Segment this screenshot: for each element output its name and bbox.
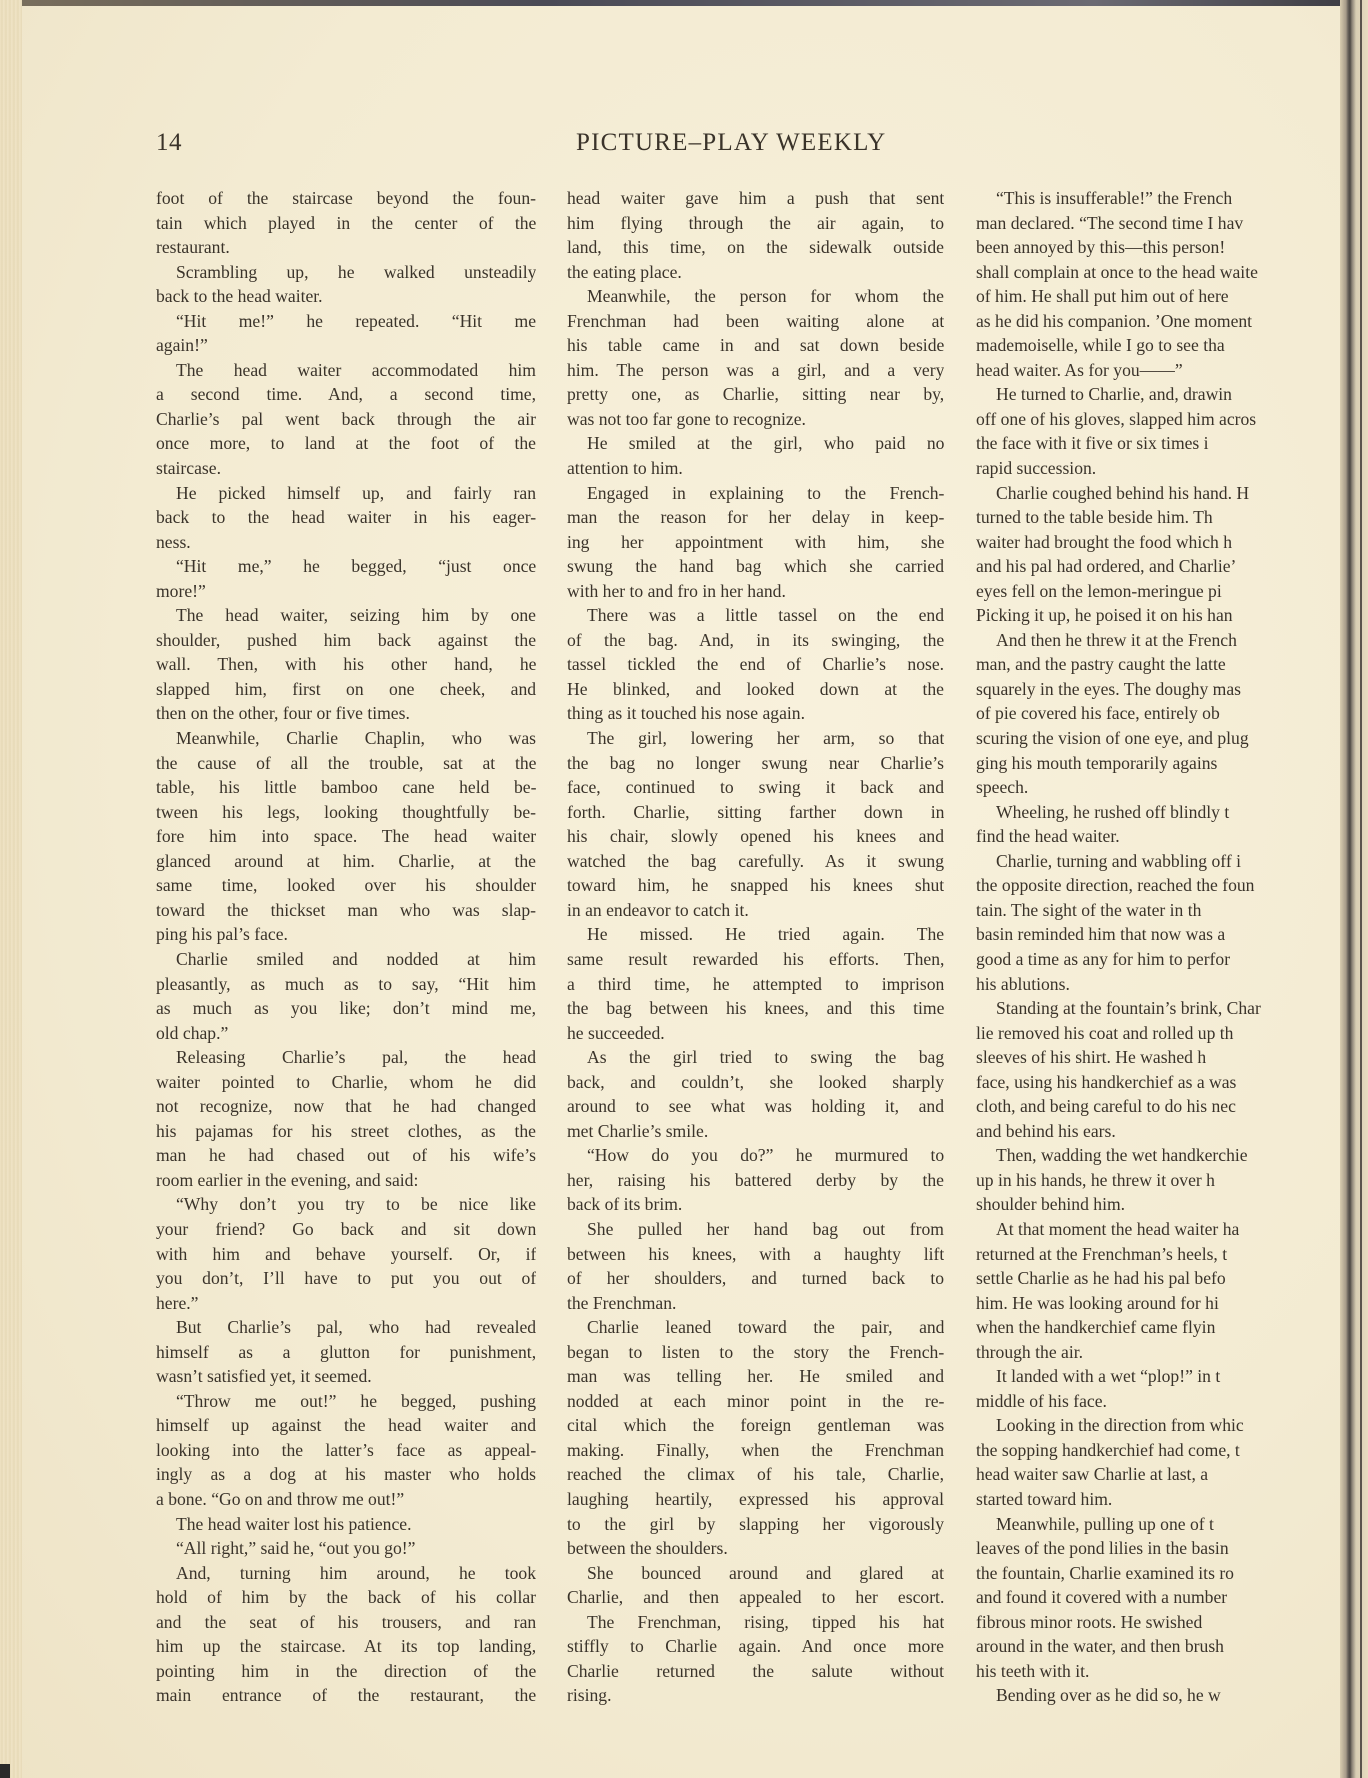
text-line: and the seat of his trousers, and ran xyxy=(156,1610,536,1635)
text-line: squarely in the eyes. The doughy mas xyxy=(976,677,1342,702)
text-line: Scrambling up, he walked unsteadily xyxy=(156,260,536,285)
text-line: Charlie, and then appealed to her escort… xyxy=(567,1585,944,1610)
text-line: was not too far gone to recognize. xyxy=(567,407,944,432)
text-line: room earlier in the evening, and said: xyxy=(156,1168,536,1193)
text-line: been annoyed by this—this person! xyxy=(976,235,1342,260)
text-line: Charlie returned the salute without xyxy=(567,1659,944,1684)
text-line: the cause of all the trouble, sat at the xyxy=(156,751,536,776)
text-line: mademoiselle, while I go to see tha xyxy=(976,333,1342,358)
text-line: Looking in the direction from whic xyxy=(976,1413,1342,1438)
text-line: Frenchman had been waiting alone at xyxy=(567,309,944,334)
text-line: then on the other, four or five times. xyxy=(156,701,536,726)
text-line: here.” xyxy=(156,1291,536,1316)
text-line: more!” xyxy=(156,579,536,604)
text-line: good a time as any for him to perfor xyxy=(976,947,1342,972)
text-line: the sopping handkerchief had come, t xyxy=(976,1438,1342,1463)
magazine-page: 14 PICTURE–PLAY WEEKLY foot of the stair… xyxy=(0,0,1368,1778)
text-line: Meanwhile, the person for whom the xyxy=(567,284,944,309)
text-line: head waiter. As for you——” xyxy=(976,358,1342,383)
text-line: a third time, he attempted to imprison xyxy=(567,972,944,997)
text-line: slapped him, first on one cheek, and xyxy=(156,677,536,702)
text-line: he succeeded. xyxy=(567,1021,944,1046)
text-line: you don’t, I’ll have to put you out of xyxy=(156,1266,536,1291)
text-line: his ablutions. xyxy=(976,972,1342,997)
running-title: PICTURE–PLAY WEEKLY xyxy=(576,129,886,157)
text-line: fore him into space. The head waiter xyxy=(156,824,536,849)
text-line: stiffly to Charlie again. And once more xyxy=(567,1634,944,1659)
text-line: ing her appointment with him, she xyxy=(567,530,944,555)
text-line: Meanwhile, Charlie Chaplin, who was xyxy=(156,726,536,751)
page-header: 14 PICTURE–PLAY WEEKLY xyxy=(156,125,940,165)
text-line: The girl, lowering her arm, so that xyxy=(567,726,944,751)
text-line: him flying through the air again, to xyxy=(567,211,944,236)
text-line: Picking it up, he poised it on his han xyxy=(976,603,1342,628)
text-line: making. Finally, when the Frenchman xyxy=(567,1438,944,1463)
text-line: And then he threw it at the French xyxy=(976,628,1342,653)
text-line: tween his legs, looking thoughtfully be- xyxy=(156,800,536,825)
text-line: the Frenchman. xyxy=(567,1291,944,1316)
book-binding-gutter xyxy=(1340,0,1368,1778)
text-line: He missed. He tried again. The xyxy=(567,922,944,947)
text-line: of her shoulders, and turned back to xyxy=(567,1266,944,1291)
text-line: ness. xyxy=(156,530,536,555)
text-line: your friend? Go back and sit down xyxy=(156,1217,536,1242)
text-line: restaurant. xyxy=(156,235,536,260)
text-line: Charlie coughed behind his hand. H xyxy=(976,481,1342,506)
text-line: his table came in and sat down beside xyxy=(567,333,944,358)
text-line: the opposite direction, reached the foun xyxy=(976,873,1342,898)
text-line: the eating place. xyxy=(567,260,944,285)
text-line: But Charlie’s pal, who had revealed xyxy=(156,1315,536,1340)
text-line: with him and behave yourself. Or, if xyxy=(156,1242,536,1267)
text-line: leaves of the pond lilies in the basin xyxy=(976,1536,1342,1561)
text-line: ping his pal’s face. xyxy=(156,922,536,947)
text-line: He picked himself up, and fairly ran xyxy=(156,481,536,506)
text-line: around to see what was holding it, and xyxy=(567,1094,944,1119)
text-line: his chair, slowly opened his knees and xyxy=(567,824,944,849)
text-line: scuring the vision of one eye, and plug xyxy=(976,726,1342,751)
text-line: ingly as a dog at his master who holds xyxy=(156,1462,536,1487)
text-line: He blinked, and looked down at the xyxy=(567,677,944,702)
text-line: sleeves of his shirt. He washed h xyxy=(976,1045,1342,1070)
text-line: foot of the staircase beyond the foun- xyxy=(156,186,536,211)
text-line: head waiter saw Charlie at last, a xyxy=(976,1462,1342,1487)
text-line: the bag between his knees, and this time xyxy=(567,996,944,1021)
text-line: find the head waiter. xyxy=(976,824,1342,849)
text-line: land, this time, on the sidewalk outside xyxy=(567,235,944,260)
text-line: Standing at the fountain’s brink, Char xyxy=(976,996,1342,1021)
text-line: off one of his gloves, slapped him acros xyxy=(976,407,1342,432)
text-line: cital which the foreign gentleman was xyxy=(567,1413,944,1438)
text-line: attention to him. xyxy=(567,456,944,481)
text-line: Charlie smiled and nodded at him xyxy=(156,947,536,972)
text-line: back, and couldn’t, she looked sharply xyxy=(567,1070,944,1095)
text-line: There was a little tassel on the end xyxy=(567,603,944,628)
text-line: Meanwhile, pulling up one of t xyxy=(976,1512,1342,1537)
text-line: basin reminded him that now was a xyxy=(976,922,1342,947)
text-line: not recognize, now that he had changed xyxy=(156,1094,536,1119)
text-line: Bending over as he did so, he w xyxy=(976,1683,1342,1708)
text-line: old chap.” xyxy=(156,1021,536,1046)
text-line: toward him, he snapped his knees shut xyxy=(567,873,944,898)
text-line: fibrous minor roots. He swished xyxy=(976,1610,1342,1635)
text-line: pretty one, as Charlie, sitting near by, xyxy=(567,382,944,407)
text-line: Wheeling, he rushed off blindly t xyxy=(976,800,1342,825)
text-line: “How do you do?” he murmured to xyxy=(567,1143,944,1168)
text-line: tain. The sight of the water in th xyxy=(976,898,1342,923)
text-line: of the bag. And, in its swinging, the xyxy=(567,628,944,653)
text-line: Engaged in explaining to the French- xyxy=(567,481,944,506)
text-line: middle of his face. xyxy=(976,1389,1342,1414)
text-line: man declared. “The second time I hav xyxy=(976,211,1342,236)
text-line: rising. xyxy=(567,1683,944,1708)
text-line: reached the climax of his tale, Charlie, xyxy=(567,1462,944,1487)
text-line: The head waiter accommodated him xyxy=(156,358,536,383)
text-line: the bag no longer swung near Charlie’s xyxy=(567,751,944,776)
text-line: shall complain at once to the head waite xyxy=(976,260,1342,285)
text-line: The Frenchman, rising, tipped his hat xyxy=(567,1610,944,1635)
text-line: Charlie’s pal went back through the air xyxy=(156,407,536,432)
text-line: Then, wadding the wet handkerchie xyxy=(976,1143,1342,1168)
text-line: him. He was looking around for hi xyxy=(976,1291,1342,1316)
text-line: She bounced around and glared at xyxy=(567,1561,944,1586)
text-line: himself up against the head waiter and xyxy=(156,1413,536,1438)
text-line: and behind his ears. xyxy=(976,1119,1342,1144)
text-line: her, raising his battered derby by the xyxy=(567,1168,944,1193)
text-line: Releasing Charlie’s pal, the head xyxy=(156,1045,536,1070)
text-line: ging his mouth temporarily agains xyxy=(976,751,1342,776)
text-line: of him. He shall put him out of here xyxy=(976,284,1342,309)
text-line: again!” xyxy=(156,333,536,358)
text-line: settle Charlie as he had his pal befo xyxy=(976,1266,1342,1291)
text-line: rapid succession. xyxy=(976,456,1342,481)
page-number: 14 xyxy=(156,129,182,157)
text-line: back to the head waiter. xyxy=(156,284,536,309)
text-line: laughing heartily, expressed his approva… xyxy=(567,1487,944,1512)
text-line: pointing him in the direction of the xyxy=(156,1659,536,1684)
text-line: wasn’t satisfied yet, it seemed. xyxy=(156,1364,536,1389)
text-line: eyes fell on the lemon-meringue pi xyxy=(976,579,1342,604)
text-line: thing as it touched his nose again. xyxy=(567,701,944,726)
text-line: and his pal had ordered, and Charlie’ xyxy=(976,554,1342,579)
text-line: returned at the Frenchman’s heels, t xyxy=(976,1242,1342,1267)
text-line: And, turning him around, he took xyxy=(156,1561,536,1586)
text-line: He smiled at the girl, who paid no xyxy=(567,431,944,456)
text-line: back of its brim. xyxy=(567,1192,944,1217)
scan-top-edge xyxy=(0,0,1368,6)
text-line: glanced around at him. Charlie, at the xyxy=(156,849,536,874)
text-line: main entrance of the restaurant, the xyxy=(156,1683,536,1708)
text-line: up in his hands, he threw it over h xyxy=(976,1168,1342,1193)
text-line: hold of him by the back of his collar xyxy=(156,1585,536,1610)
text-line: wall. Then, with his other hand, he xyxy=(156,652,536,677)
text-line: to the girl by slapping her vigorously xyxy=(567,1512,944,1537)
text-line: swung the hand bag which she carried xyxy=(567,554,944,579)
text-line: He turned to Charlie, and, drawin xyxy=(976,382,1342,407)
text-column-1: foot of the staircase beyond the foun-ta… xyxy=(156,186,536,1708)
text-line: face, using his handkerchief as a was xyxy=(976,1070,1342,1095)
text-line: around in the water, and then brush xyxy=(976,1634,1342,1659)
text-line: nodded at each minor point in the re- xyxy=(567,1389,944,1414)
text-line: At that moment the head waiter ha xyxy=(976,1217,1342,1242)
page-stack-edge xyxy=(0,0,22,1778)
text-column-2: head waiter gave him a push that senthim… xyxy=(567,186,944,1708)
text-line: forth. Charlie, sitting farther down in xyxy=(567,800,944,825)
text-line: The head waiter lost his patience. xyxy=(156,1512,536,1537)
text-line: “Hit me!” he repeated. “Hit me xyxy=(156,309,536,334)
text-line: his pajamas for his street clothes, as t… xyxy=(156,1119,536,1144)
text-line: watched the bag carefully. As it swung xyxy=(567,849,944,874)
text-line: tain which played in the center of the xyxy=(156,211,536,236)
text-line: man the reason for her delay in keep- xyxy=(567,505,944,530)
text-line: him up the staircase. At its top landing… xyxy=(156,1634,536,1659)
text-line: met Charlie’s smile. xyxy=(567,1119,944,1144)
text-line: head waiter gave him a push that sent xyxy=(567,186,944,211)
text-line: him. The person was a girl, and a very xyxy=(567,358,944,383)
text-line: in an endeavor to catch it. xyxy=(567,898,944,923)
text-line: “All right,” said he, “out you go!” xyxy=(156,1536,536,1561)
text-line: man was telling her. He smiled and xyxy=(567,1364,944,1389)
text-line: speech. xyxy=(976,775,1342,800)
text-line: table, his little bamboo cane held be- xyxy=(156,775,536,800)
text-line: once more, to land at the foot of the xyxy=(156,431,536,456)
text-line: looking into the latter’s face as appeal… xyxy=(156,1438,536,1463)
text-line: lie removed his coat and rolled up th xyxy=(976,1021,1342,1046)
text-line: when the handkerchief came flyin xyxy=(976,1315,1342,1340)
text-line: himself as a glutton for punishment, xyxy=(156,1340,536,1365)
text-line: shoulder, pushed him back against the xyxy=(156,628,536,653)
text-line: waiter had brought the food which h xyxy=(976,530,1342,555)
text-line: Charlie, turning and wabbling off i xyxy=(976,849,1342,874)
text-line: same time, looked over his shoulder xyxy=(156,873,536,898)
text-column-3-clip: “This is insufferable!” the Frenchman de… xyxy=(976,186,1342,1726)
text-line: As the girl tried to swing the bag xyxy=(567,1045,944,1070)
text-line: turned to the table beside him. Th xyxy=(976,505,1342,530)
text-line: and found it covered with a number xyxy=(976,1585,1342,1610)
text-line: back to the head waiter in his eager- xyxy=(156,505,536,530)
text-line: man, and the pastry caught the latte xyxy=(976,652,1342,677)
text-line: She pulled her hand bag out from xyxy=(567,1217,944,1242)
text-line: The head waiter, seizing him by one xyxy=(156,603,536,628)
text-line: pleasantly, as much as to say, “Hit him xyxy=(156,972,536,997)
text-line: as he did his companion. ’One moment xyxy=(976,309,1342,334)
text-line: toward the thickset man who was slap- xyxy=(156,898,536,923)
text-line: Charlie leaned toward the pair, and xyxy=(567,1315,944,1340)
text-line: with her to and fro in her hand. xyxy=(567,579,944,604)
text-line: began to listen to the story the French- xyxy=(567,1340,944,1365)
text-line: staircase. xyxy=(156,456,536,481)
text-line: a second time. And, a second time, xyxy=(156,382,536,407)
text-line: between his knees, with a haughty lift xyxy=(567,1242,944,1267)
text-line: “Throw me out!” he begged, pushing xyxy=(156,1389,536,1414)
text-line: face, continued to swing it back and xyxy=(567,775,944,800)
text-line: It landed with a wet “plop!” in t xyxy=(976,1364,1342,1389)
text-line: started toward him. xyxy=(976,1487,1342,1512)
text-line: waiter pointed to Charlie, whom he did xyxy=(156,1070,536,1095)
text-line: same result rewarded his efforts. Then, xyxy=(567,947,944,972)
text-line: tassel tickled the end of Charlie’s nose… xyxy=(567,652,944,677)
text-line: man he had chased out of his wife’s xyxy=(156,1143,536,1168)
text-line: as much as you like; don’t mind me, xyxy=(156,996,536,1021)
text-line: cloth, and being careful to do his nec xyxy=(976,1094,1342,1119)
text-line: between the shoulders. xyxy=(567,1536,944,1561)
text-line: of pie covered his face, entirely ob xyxy=(976,701,1342,726)
text-line: his teeth with it. xyxy=(976,1659,1342,1684)
text-line: shoulder behind him. xyxy=(976,1192,1342,1217)
text-line: the face with it five or six times i xyxy=(976,431,1342,456)
text-line: “Hit me,” he begged, “just once xyxy=(156,554,536,579)
text-line: through the air. xyxy=(976,1340,1342,1365)
text-line: the fountain, Charlie examined its ro xyxy=(976,1561,1342,1586)
text-line: a bone. “Go on and throw me out!” xyxy=(156,1487,536,1512)
text-line: “Why don’t you try to be nice like xyxy=(156,1192,536,1217)
text-line: “This is insufferable!” the French xyxy=(976,186,1342,211)
